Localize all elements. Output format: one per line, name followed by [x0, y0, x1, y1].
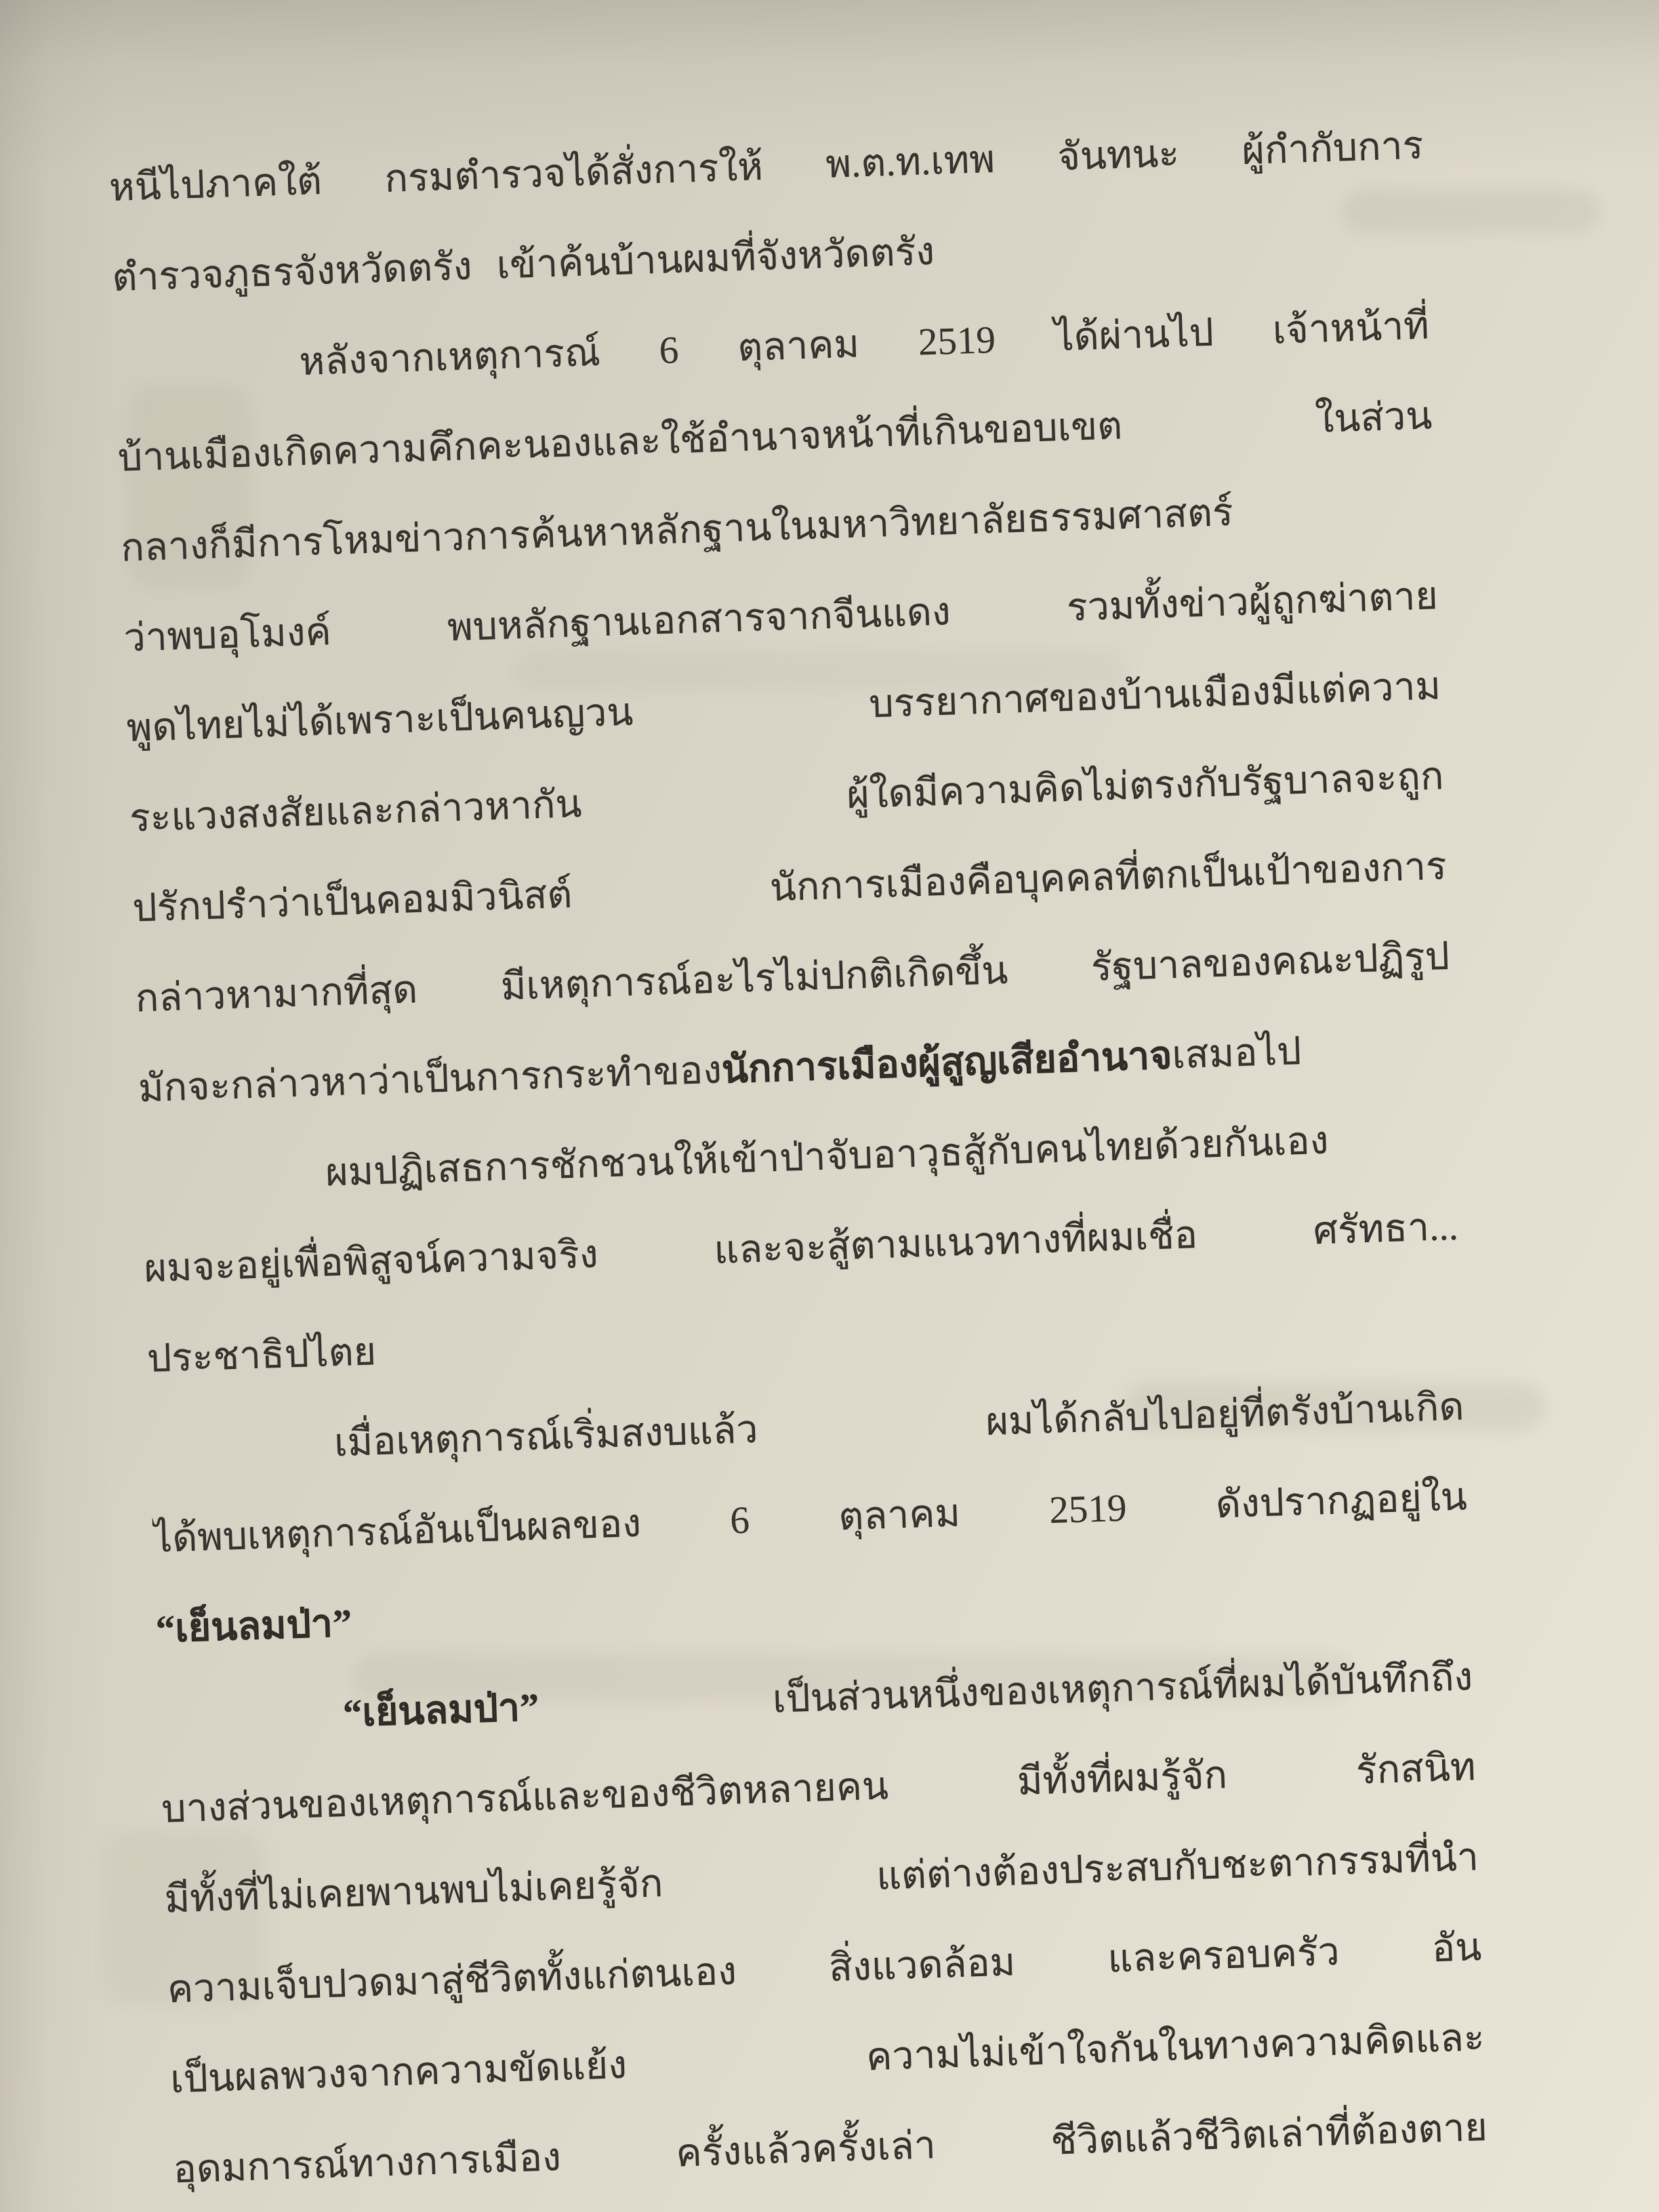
text-segment: ประชาธิปไตย	[146, 1330, 377, 1380]
text-segment: กลางก็มีการโหมข่าวการค้นหาหลักฐานในมหาวิ…	[120, 491, 1233, 570]
text-segment: เสมอไป	[1171, 1030, 1302, 1077]
text-segment: ผมปฏิเสธการชักชวนให้เข้าป่าจับอาวุธสู้กั…	[325, 1120, 1329, 1195]
text-segment: ตำรวจภูธรจังหวัดตรัง เข้าค้นบ้านผมที่จัง…	[111, 230, 935, 300]
bold-text-segment: “เย็นลมป่า”	[155, 1602, 352, 1651]
text-segment: เมื่อเหตุการณ์เริ่มสงบแล้ว ผมได้กลับไปอย…	[333, 1385, 1465, 1465]
text-segment: มักจะกล่าวหาว่าเป็นการกระทำของ	[138, 1049, 722, 1111]
text-segment: หลังจากเหตุการณ์ 6 ตุลาคม 2519 ได้ผ่านไป…	[299, 304, 1430, 384]
bold-text-segment: นักการเมืองผู้สูญเสียอำนาจ	[721, 1034, 1172, 1091]
book-page: หนีไปภาคใต้ กรมตำรวจได้สั่งการให้ พ.ต.ท.…	[0, 0, 1659, 2212]
text-segment: หนีไปภาคใต้ กรมตำรวจได้สั่งการให้ พ.ต.ท.…	[108, 124, 1424, 209]
page-text-block: หนีไปภาคใต้ กรมตำรวจได้สั่งการให้ พ.ต.ท.…	[108, 102, 1489, 2212]
text-segment: เป็นส่วนหนึ่งของเหตุการณ์ที่ผมได้บันทึกถ…	[538, 1656, 1473, 1728]
bold-text-segment: “เย็นลมป่า”	[342, 1686, 539, 1735]
